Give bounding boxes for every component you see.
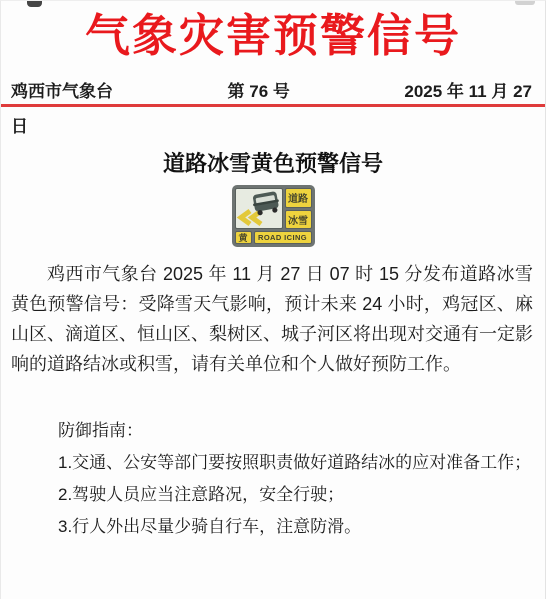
warning-icon-bottom-row: 黄 ROAD ICING — [235, 231, 312, 244]
warning-level-badge: 黄 — [235, 231, 252, 244]
issue-date: 2025 年 11 月 27 — [404, 82, 532, 102]
warning-icon-row: 道路 冰雪 黄 ROAD ICING — [1, 185, 545, 247]
warning-name-bottom: 冰雪 — [285, 210, 312, 230]
warning-english-label: ROAD ICING — [254, 231, 312, 244]
document-number: 第 76 号 — [228, 82, 290, 102]
road-ice-warning-sign-icon: 道路 冰雪 黄 ROAD ICING — [232, 185, 315, 247]
defense-guide-item: 2.驾驶人员应当注意路况，安全行驶； — [58, 479, 537, 511]
page-title: 气象灾害预警信号 — [1, 9, 545, 63]
document-header-row: 鸡西市气象台 第 76 号 2025 年 11 月 27 — [1, 82, 545, 102]
defense-guide-item: 3.行人外出尽量少骑自行车，注意防滑。 — [58, 511, 537, 543]
warning-name-top: 道路 — [285, 188, 312, 208]
screen-edge-artifact-right — [515, 1, 535, 5]
red-divider-rule — [1, 104, 545, 107]
warning-name-column: 道路 冰雪 — [285, 188, 312, 229]
warning-icon-top-row: 道路 冰雪 — [235, 188, 312, 229]
defense-guide-item: 1.交通、公安等部门要按照职责做好道路结冰的应对准备工作； — [58, 447, 537, 479]
defense-guide-heading: 防御指南： — [58, 415, 537, 447]
issuer-name: 鸡西市气象台 — [11, 82, 113, 102]
warning-subtitle: 道路冰雪黄色预警信号 — [1, 151, 545, 177]
skidding-car-icon — [235, 188, 283, 229]
screen-edge-artifact-left — [27, 1, 42, 7]
warning-notice-page: 气象灾害预警信号 鸡西市气象台 第 76 号 2025 年 11 月 27 日 … — [0, 0, 546, 599]
defense-guide-section: 防御指南： 1.交通、公安等部门要按照职责做好道路结冰的应对准备工作； 2.驾驶… — [1, 415, 545, 543]
warning-body-paragraph: 鸡西市气象台 2025 年 11 月 27 日 07 时 15 分发布道路冰雪黄… — [11, 259, 533, 379]
issue-date-wrapped-char: 日 — [1, 118, 545, 136]
